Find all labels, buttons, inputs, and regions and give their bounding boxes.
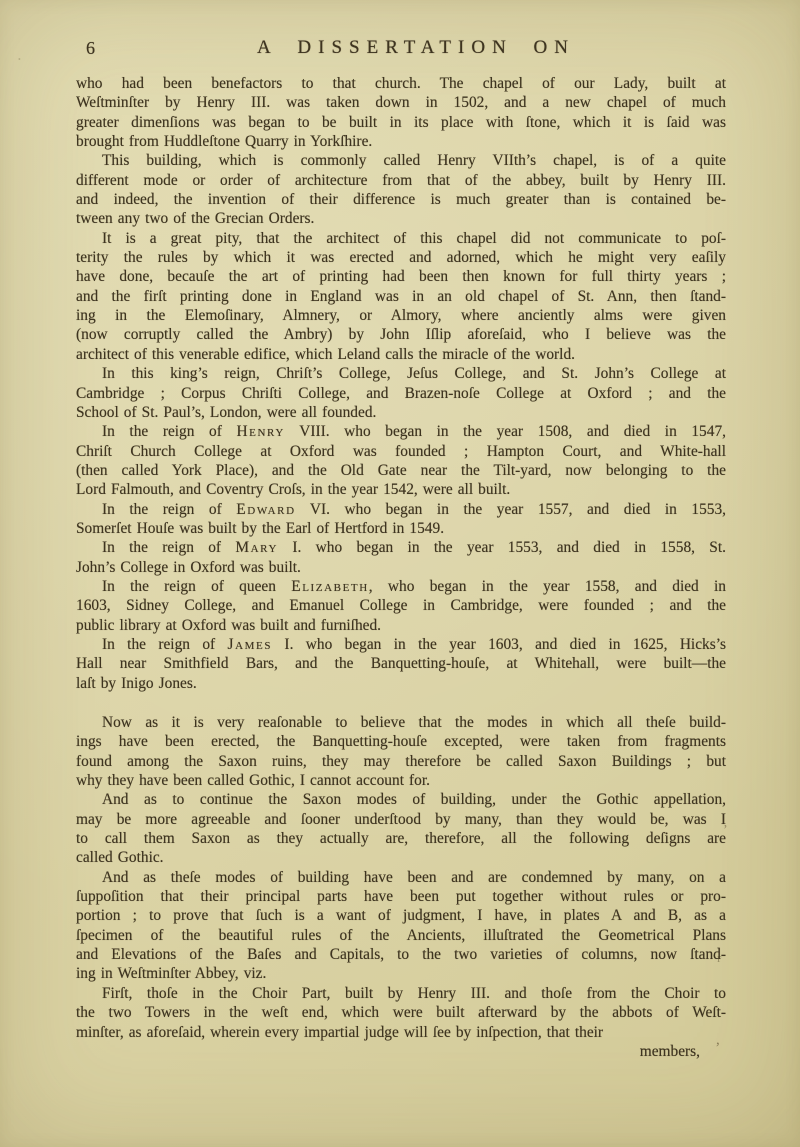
text-segment: In the reign of queen	[102, 578, 291, 595]
text-segment: VI. who began in the year 1557, and died…	[296, 501, 726, 518]
text-segment: In the reign of	[102, 636, 228, 653]
text-line: In the reign of Henry VIII. who began in…	[76, 422, 726, 441]
text-line: Firſt, thoſe in the Choir Part, built by…	[76, 984, 726, 1003]
small-caps-name: Henry	[236, 423, 284, 440]
paragraph: In the reign of queen Elizabeth, who beg…	[76, 577, 726, 635]
book-page: 6 A DISSERTATION ON who had been benefac…	[0, 0, 800, 1147]
text-segment: It is a great pity, that the architect o…	[102, 230, 726, 247]
text-segment: In this king’s reign, Chriſt’s College, …	[102, 365, 726, 382]
text-line: ſpecimen of the beautiful rules of the A…	[76, 926, 726, 945]
text-line: tween any two of the Grecian Orders.	[76, 209, 726, 228]
text-segment: In the reign of	[102, 501, 236, 518]
text-line: In the reign of queen Elizabeth, who beg…	[76, 577, 726, 596]
small-caps-name: Mary	[235, 539, 278, 556]
text-segment: In the reign of	[102, 423, 236, 440]
text-segment: This building, which is commonly called …	[102, 152, 726, 169]
text-line: ing in Weſtminſter Abbey, viz.	[76, 964, 726, 983]
text-line: In the reign of Mary I. who began in the…	[76, 538, 726, 557]
text-segment: Chriſt Church College at Oxford was foun…	[76, 443, 726, 460]
text-segment: Cambridge ; Corpus Chriſti College, and …	[76, 385, 726, 402]
text-segment: why they have been called Gothic, I cann…	[76, 772, 430, 789]
text-line: laſt by Inigo Jones.	[76, 674, 726, 693]
text-line: ing in the Elemoſinary, Almnery, or Almo…	[76, 306, 726, 325]
text-line: Chriſt Church College at Oxford was foun…	[76, 442, 726, 461]
paragraph: Firſt, thoſe in the Choir Part, built by…	[76, 984, 726, 1042]
running-title: A DISSERTATION ON	[106, 37, 726, 59]
small-caps-name: Edward	[236, 501, 295, 518]
text-segment: who had been benefactors to that church.…	[76, 75, 726, 92]
text-segment: I. who began in the year 1603, and died …	[272, 636, 726, 653]
text-line: may be more agreeable and ſooner underſt…	[76, 810, 726, 829]
text-segment: I. who began in the year 1553, and died …	[278, 539, 726, 556]
text-line: Lord Falmouth, and Coventry Croſs, in th…	[76, 480, 726, 499]
page-artifact: ’	[723, 824, 728, 838]
paragraph: In this king’s reign, Chriſt’s College, …	[76, 364, 726, 422]
page-header: 6 A DISSERTATION ON	[76, 37, 726, 63]
paragraph: It is a great pity, that the architect o…	[76, 229, 726, 364]
page-artifact: r	[717, 951, 721, 964]
text-line: portion ; to prove that ſuch is a want o…	[76, 906, 726, 925]
body-text: who had been benefactors to that church.…	[76, 74, 726, 1061]
text-segment: and Elevations of the Baſes and Capitals…	[76, 946, 726, 963]
paragraph: In the reign of Edward VI. who began in …	[76, 500, 726, 539]
paragraph: And as theſe modes of building have been…	[76, 868, 726, 984]
text-line: who had been benefactors to that church.…	[76, 74, 726, 93]
text-segment: ing in the Elemoſinary, Almnery, or Almo…	[76, 307, 726, 324]
text-segment: School of St. Paul’s, London, were all f…	[76, 404, 376, 421]
text-segment: , who began in the year 1558, and died i…	[369, 578, 726, 595]
text-segment: public library at Oxford was built and f…	[76, 617, 381, 634]
text-segment: portion ; to prove that ſuch is a want o…	[76, 907, 726, 924]
text-line: and the firſt printing done in England w…	[76, 287, 726, 306]
text-segment: may be more agreeable and ſooner underſt…	[76, 811, 726, 828]
text-line: (now corruptly called the Ambry) by John…	[76, 325, 726, 344]
text-line: public library at Oxford was built and f…	[76, 616, 726, 635]
text-segment: terity the rules by which it was erected…	[76, 249, 726, 266]
text-line: This building, which is commonly called …	[76, 151, 726, 170]
text-line: different mode or order of architecture …	[76, 171, 726, 190]
text-segment: Hall near Smithfield Bars, and the Banqu…	[76, 655, 726, 672]
small-caps-name: James	[228, 636, 273, 653]
text-line: And as to continue the Saxon modes of bu…	[76, 790, 726, 809]
text-segment: tween any two of the Grecian Orders.	[76, 210, 314, 227]
text-segment: And as to continue the Saxon modes of bu…	[102, 791, 726, 808]
text-line: Somerſet Houſe was built by the Earl of …	[76, 519, 726, 538]
text-segment: and the firſt printing done in England w…	[76, 288, 726, 305]
text-line: 1603, Sidney College, and Emanuel Colleg…	[76, 596, 726, 615]
page-artifact: •	[18, 56, 21, 64]
text-line: Hall near Smithfield Bars, and the Banqu…	[76, 654, 726, 673]
text-line: It is a great pity, that the architect o…	[76, 229, 726, 248]
text-segment: VIII. who began in the year 1508, and di…	[285, 423, 726, 440]
text-line: In this king’s reign, Chriſt’s College, …	[76, 364, 726, 383]
text-line: called Gothic.	[76, 848, 726, 867]
text-line: and indeed, the invention of their diffe…	[76, 190, 726, 209]
text-line: ſuppoſition that their principal parts h…	[76, 887, 726, 906]
paragraph: And as to continue the Saxon modes of bu…	[76, 790, 726, 867]
text-line: John’s College in Oxford was built.	[76, 558, 726, 577]
text-segment: Weſtminſter by Henry III. was taken down…	[76, 94, 726, 111]
text-line: terity the rules by which it was erected…	[76, 248, 726, 267]
text-segment: Now as it is very reaſonable to believe …	[102, 714, 726, 731]
text-segment: ſpecimen of the beautiful rules of the A…	[76, 927, 726, 944]
text-line: brought from Huddleſtone Quarry in Yorkſ…	[76, 132, 726, 151]
text-segment: brought from Huddleſtone Quarry in Yorkſ…	[76, 133, 372, 150]
text-segment: the two Towers in the weſt end, which we…	[76, 1004, 726, 1021]
text-line: Cambridge ; Corpus Chriſti College, and …	[76, 384, 726, 403]
text-segment: Firſt, thoſe in the Choir Part, built by…	[102, 985, 726, 1002]
text-segment: minſter, as aforeſaid, wherein every imp…	[76, 1024, 603, 1041]
text-segment: (now corruptly called the Ambry) by John…	[76, 326, 726, 343]
text-line: the two Towers in the weſt end, which we…	[76, 1003, 726, 1022]
page-artifact: ,	[716, 1033, 720, 1048]
paragraph: This building, which is commonly called …	[76, 151, 726, 228]
text-segment: have done, becauſe the art of printing h…	[76, 268, 726, 285]
text-segment: Lord Falmouth, and Coventry Croſs, in th…	[76, 481, 510, 498]
text-line: have done, becauſe the art of printing h…	[76, 267, 726, 286]
text-segment: called Gothic.	[76, 849, 164, 866]
text-segment: John’s College in Oxford was built.	[76, 559, 301, 576]
text-segment: different mode or order of architecture …	[76, 172, 726, 189]
paragraph: who had been benefactors to that church.…	[76, 74, 726, 151]
paragraph: Now as it is very reaſonable to believe …	[76, 713, 726, 790]
text-segment: ſuppoſition that their principal parts h…	[76, 888, 726, 905]
text-line: In the reign of Edward VI. who began in …	[76, 500, 726, 519]
text-line: architect of this venerable edifice, whi…	[76, 345, 726, 364]
paragraph: In the reign of Henry VIII. who began in…	[76, 422, 726, 499]
text-segment: 1603, Sidney College, and Emanuel Colleg…	[76, 597, 726, 614]
text-segment: architect of this venerable edifice, whi…	[76, 346, 575, 363]
text-segment: And as theſe modes of building have been…	[102, 869, 726, 886]
small-caps-name: Elizabeth	[291, 578, 369, 595]
text-line: Weſtminſter by Henry III. was taken down…	[76, 93, 726, 112]
text-line: greater dimenſions was began to be built…	[76, 113, 726, 132]
text-line: Now as it is very reaſonable to believe …	[76, 713, 726, 732]
text-segment: ing in Weſtminſter Abbey, viz.	[76, 965, 266, 982]
text-segment: found among the Saxon ruins, they may th…	[76, 753, 726, 770]
text-segment: greater dimenſions was began to be built…	[76, 114, 726, 131]
text-segment: and indeed, the invention of their diffe…	[76, 191, 726, 208]
text-line: School of St. Paul’s, London, were all f…	[76, 403, 726, 422]
text-line: (then called York Place), and the Old Ga…	[76, 461, 726, 480]
text-segment: to call them Saxon as they actually are,…	[76, 830, 726, 847]
paragraph: In the reign of James I. who began in th…	[76, 635, 726, 693]
catchword: members,	[640, 1043, 700, 1060]
text-segment: Somerſet Houſe was built by the Earl of …	[76, 520, 444, 537]
text-line: found among the Saxon ruins, they may th…	[76, 752, 726, 771]
text-line: and Elevations of the Baſes and Capitals…	[76, 945, 726, 964]
catchword-row: members,	[76, 1042, 726, 1061]
text-segment: ings have been erected, the Banquetting-…	[76, 733, 726, 750]
paragraph: In the reign of Mary I. who began in the…	[76, 538, 726, 577]
text-segment: laſt by Inigo Jones.	[76, 675, 197, 692]
text-segment: (then called York Place), and the Old Ga…	[76, 462, 726, 479]
page-number: 6	[86, 38, 96, 59]
text-line: why they have been called Gothic, I cann…	[76, 771, 726, 790]
text-line: to call them Saxon as they actually are,…	[76, 829, 726, 848]
text-line: And as theſe modes of building have been…	[76, 868, 726, 887]
text-line: minſter, as aforeſaid, wherein every imp…	[76, 1023, 726, 1042]
text-segment: In the reign of	[102, 539, 235, 556]
text-line: In the reign of James I. who began in th…	[76, 635, 726, 654]
text-line: ings have been erected, the Banquetting-…	[76, 732, 726, 751]
